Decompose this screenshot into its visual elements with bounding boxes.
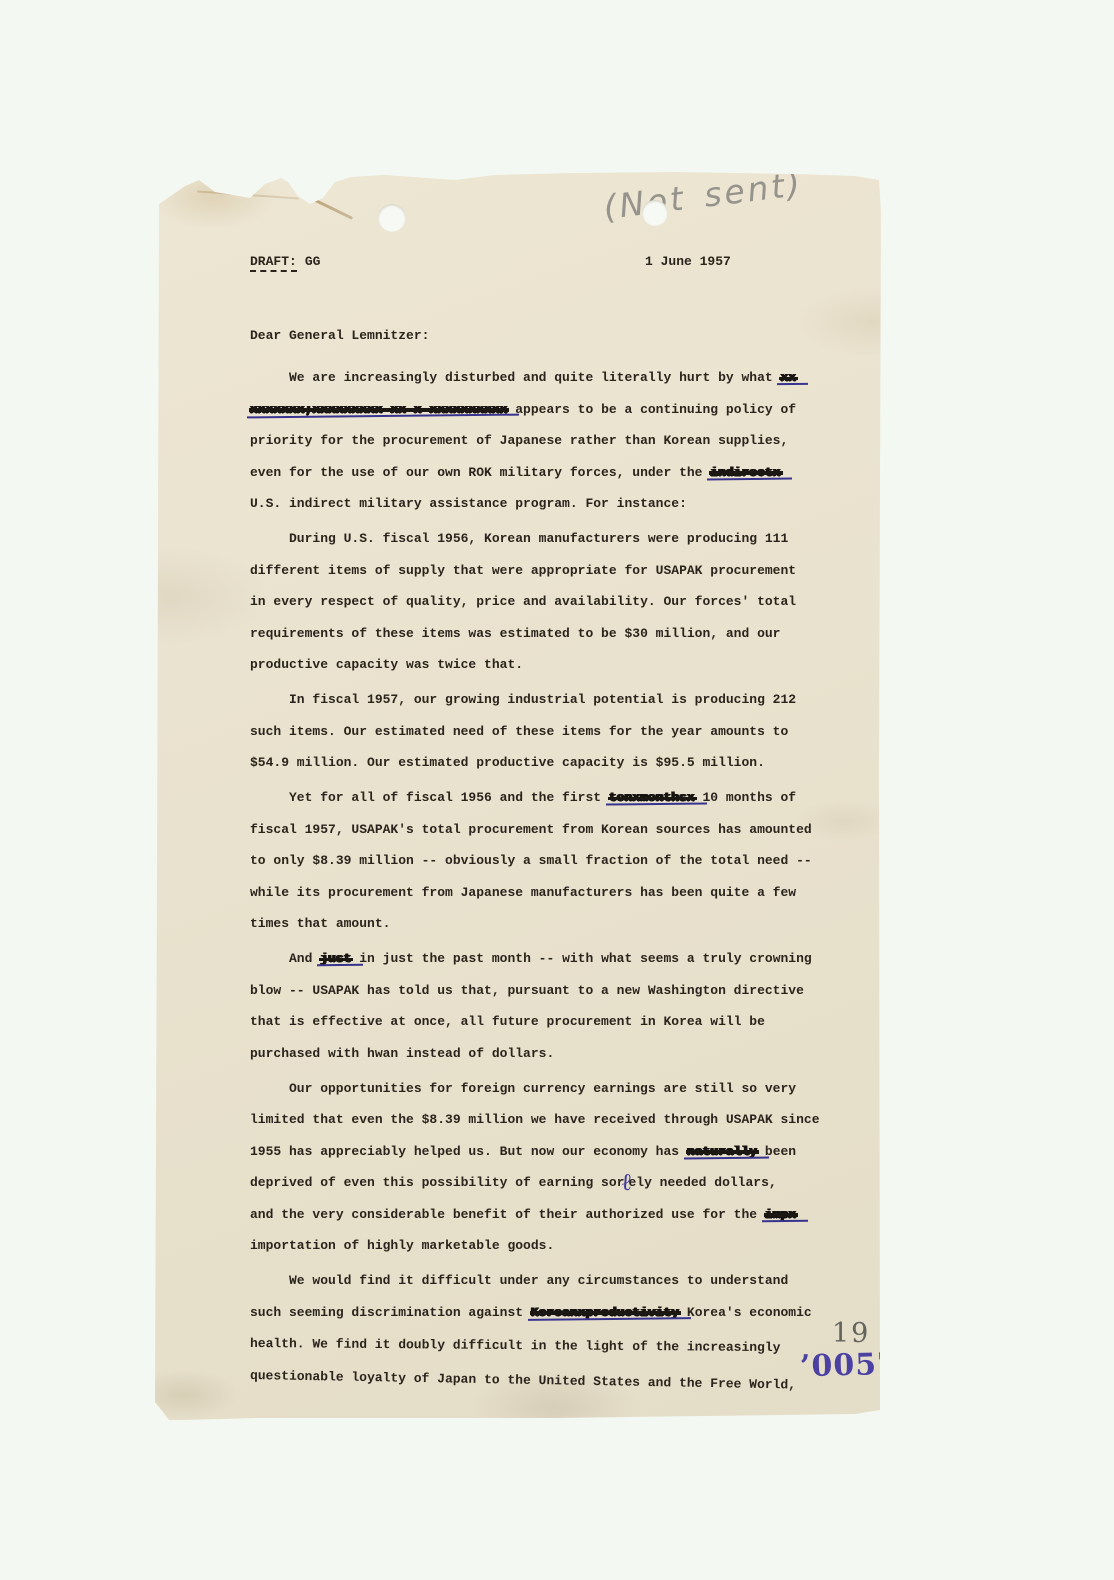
- letter-text: such seeming discrimination against: [250, 1305, 531, 1320]
- letter-text: appears to be a continuing policy of: [507, 402, 796, 417]
- struck-text: xx: [780, 370, 796, 385]
- letter-text: in just the past month -- with what seem…: [351, 951, 811, 966]
- letter-line: $54.9 million. Our estimated productive …: [250, 747, 850, 779]
- letter-paragraph: In fiscal 1957, our growing industrial p…: [250, 684, 850, 779]
- letter-line: priority for the procurement of Japanese…: [250, 425, 850, 457]
- letter-text: such items. Our estimated need of these …: [250, 724, 788, 739]
- letter-text: that is effective at once, all future pr…: [250, 1014, 765, 1029]
- letter-text: purchased with hwan instead of dollars.: [250, 1046, 554, 1061]
- letter-line: fiscal 1957, USAPAK's total procurement …: [250, 814, 850, 846]
- letter-text: During U.S. fiscal 1956, Korean manufact…: [289, 531, 788, 546]
- letter-line: And just in just the past month -- with …: [250, 943, 850, 975]
- letter-paragraph: Our opportunities for foreign currency e…: [250, 1073, 850, 1262]
- letter-text: Our opportunities for foreign currency e…: [289, 1081, 796, 1096]
- letter-text: We would find it difficult under any cir…: [289, 1273, 788, 1288]
- struck-text: impx: [765, 1207, 796, 1222]
- letter-text: Korea's economic: [679, 1305, 812, 1320]
- struck-text: just: [320, 951, 351, 966]
- letter-text: different items of supply that were appr…: [250, 563, 796, 578]
- letter-line: We are increasingly disturbed and quite …: [250, 362, 850, 394]
- letter-line: such seeming discrimination against Kore…: [250, 1297, 850, 1329]
- letter-text: importation of highly marketable goods.: [250, 1238, 554, 1253]
- struck-text: Koreanxproductivity: [531, 1305, 679, 1320]
- letter-text: fiscal 1957, USAPAK's total procurement …: [250, 822, 812, 837]
- letter-line: requirements of these items was estimate…: [250, 618, 850, 650]
- letter-paragraph: We would find it difficult under any cir…: [250, 1265, 850, 1391]
- letter-text: ely needed dollars,: [628, 1175, 776, 1190]
- letter-text: $54.9 million. Our estimated productive …: [250, 755, 765, 770]
- letter-text: blow -- USAPAK has told us that, pursuan…: [250, 983, 804, 998]
- letter-text: while its procurement from Japanese manu…: [250, 885, 796, 900]
- draft-initials: GG: [305, 254, 321, 269]
- letter-line: in every respect of quality, price and a…: [250, 586, 850, 618]
- letter-text: priority for the procurement of Japanese…: [250, 433, 788, 448]
- paper-scratch: [307, 195, 353, 220]
- struck-text: xxxxxxx;xxxxxxxxx xx x xxxxxxxxxx: [250, 402, 507, 417]
- letter-line: We would find it difficult under any cir…: [250, 1265, 850, 1297]
- letter-line: importation of highly marketable goods.: [250, 1230, 850, 1262]
- letter-text: even for the use of our own ROK military…: [250, 465, 710, 480]
- letter-line: 1955 has appreciably helped us. But now …: [250, 1136, 850, 1168]
- letter-text: 1955 has appreciably helped us. But now …: [250, 1144, 687, 1159]
- letter-paragraph: Yet for all of fiscal 1956 and the first…: [250, 782, 850, 940]
- letter-body: We are increasingly disturbed and quite …: [250, 362, 850, 1395]
- letter-line: U.S. indirect military assistance progra…: [250, 488, 850, 520]
- letter-paragraph: During U.S. fiscal 1956, Korean manufact…: [250, 523, 850, 681]
- letter-text: U.S. indirect military assistance progra…: [250, 496, 687, 511]
- letter-text: And: [289, 951, 320, 966]
- salutation: Dear General Lemnitzer:: [250, 328, 429, 343]
- letter-line: questionable loyalty of Japan to the Uni…: [250, 1360, 850, 1402]
- letter-text: We are increasingly disturbed and quite …: [289, 370, 780, 385]
- letter-text: and the very considerable benefit of the…: [250, 1207, 765, 1222]
- letter-line: times that amount.: [250, 908, 850, 940]
- paper-crease: [197, 190, 299, 199]
- punch-hole-right: [642, 200, 668, 226]
- letter-line: purchased with hwan instead of dollars.: [250, 1038, 850, 1070]
- letter-line: blow -- USAPAK has told us that, pursuan…: [250, 975, 850, 1007]
- letter-line: xxxxxxx;xxxxxxxxx xx x xxxxxxxxxx appear…: [250, 394, 850, 426]
- punch-hole-left: [378, 204, 406, 232]
- letter-header: DRAFT:GG 1 June 1957: [250, 254, 790, 269]
- struck-text: tenxmonthsx: [609, 790, 695, 805]
- handwritten-not-sent-note: (Not sent): [601, 164, 805, 227]
- letter-line: deprived of even this possibility of ear…: [250, 1167, 850, 1199]
- letter-line: while its procurement from Japanese manu…: [250, 877, 850, 909]
- letter-paragraph: And just in just the past month -- with …: [250, 943, 850, 1069]
- letter-text: In fiscal 1957, our growing industrial p…: [289, 692, 796, 707]
- letter-line: that is effective at once, all future pr…: [250, 1006, 850, 1038]
- letter-line: even for the use of our own ROK military…: [250, 457, 850, 489]
- letter-line: such items. Our estimated need of these …: [250, 716, 850, 748]
- page-number: 19: [832, 1318, 870, 1349]
- letter-text: requirements of these items was estimate…: [250, 626, 781, 641]
- letter-line: During U.S. fiscal 1956, Korean manufact…: [250, 523, 850, 555]
- letter-line: Yet for all of fiscal 1956 and the first…: [250, 782, 850, 814]
- letter-line: limited that even the $8.39 million we h…: [250, 1104, 850, 1136]
- letter-line: to only $8.39 million -- obviously a sma…: [250, 845, 850, 877]
- letter-text: 10 months of: [695, 790, 796, 805]
- letter-text: deprived of even this possibility of ear…: [250, 1175, 624, 1190]
- letter-date: 1 June 1957: [645, 254, 731, 269]
- struck-text: naturally: [687, 1144, 757, 1159]
- letter-text: Yet for all of fiscal 1956 and the first: [289, 790, 609, 805]
- letter-text: questionable loyalty of Japan to the Uni…: [250, 1368, 796, 1393]
- letter-text: times that amount.: [250, 916, 390, 931]
- struck-text: indirectx: [710, 465, 780, 480]
- ink-insertion: ℓ: [622, 1182, 631, 1183]
- draft-label: DRAFT:: [250, 254, 297, 272]
- archive-stamp: ’0057: [800, 1347, 900, 1385]
- letter-page: (Not sent) DRAFT:GG 1 June 1957 Dear Gen…: [155, 172, 881, 1420]
- letter-text: to only $8.39 million -- obviously a sma…: [250, 853, 812, 868]
- letter-line: different items of supply that were appr…: [250, 555, 850, 587]
- letter-line: health. We find it doubly difficult in t…: [250, 1328, 850, 1364]
- letter-line: Our opportunities for foreign currency e…: [250, 1073, 850, 1105]
- letter-text: health. We find it doubly difficult in t…: [250, 1336, 781, 1355]
- letter-line: and the very considerable benefit of the…: [250, 1199, 850, 1231]
- letter-paragraph: We are increasingly disturbed and quite …: [250, 362, 850, 520]
- letter-line: productive capacity was twice that.: [250, 649, 850, 681]
- letter-line: In fiscal 1957, our growing industrial p…: [250, 684, 850, 716]
- letter-text: productive capacity was twice that.: [250, 657, 523, 672]
- letter-text: in every respect of quality, price and a…: [250, 594, 796, 609]
- letter-text: limited that even the $8.39 million we h…: [250, 1112, 820, 1127]
